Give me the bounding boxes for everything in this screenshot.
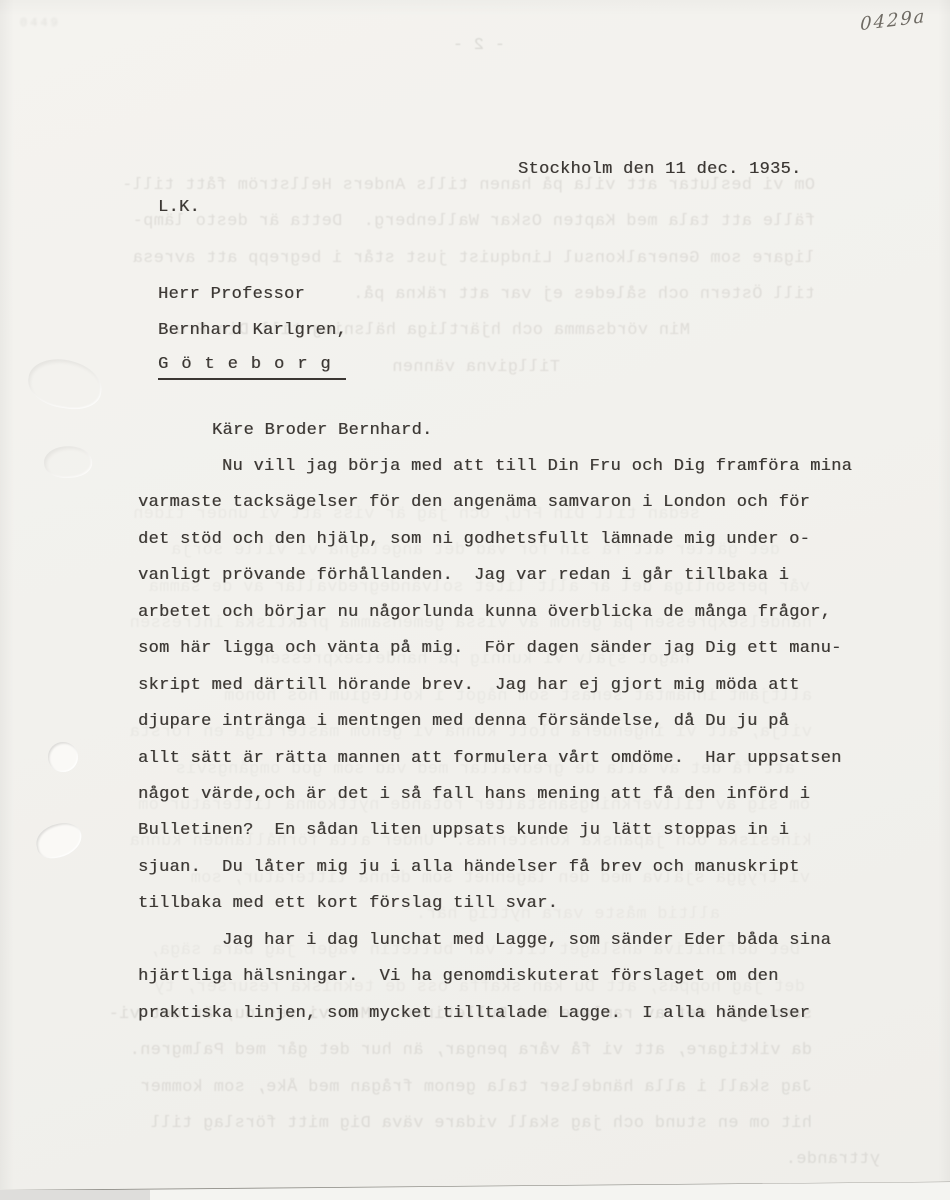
letter-line: det stöd och den hjälp, som ni godhetsfu… <box>138 522 852 558</box>
salutation: Käre Broder Bernhard. <box>212 421 433 440</box>
letter-line: Bulletinen? En sådan liten uppsats kunde… <box>138 813 852 849</box>
bleed-line: hit om en stund och jag skall vidare väv… <box>150 1114 812 1133</box>
bleed-line: Tillgivna vännen <box>392 358 560 377</box>
paper-sheet: - 2 - Om vi beslutar att vila på hanen t… <box>0 0 950 1200</box>
archive-number: 0429a <box>860 6 926 35</box>
letter-line: praktiska linjen, som mycket tilltalade … <box>138 996 852 1032</box>
bleed-line: Jag skall i alla händelser tala genom fr… <box>140 1078 812 1097</box>
letter-line: sjuan. Du låter mig ju i alla händelser … <box>138 850 852 886</box>
letter-line: tillbaka med ett kort förslag till svar. <box>138 886 852 922</box>
punch-hole <box>33 820 85 862</box>
recipient-city: Göteborg <box>158 355 346 380</box>
bleed-page-number: - 2 - <box>452 36 505 55</box>
letter-line: vanligt prövande förhållanden. Jag var r… <box>138 558 852 594</box>
sender-initials: L.K. <box>158 198 200 217</box>
letter-body: Nu vill jag börja med att till Din Fru o… <box>138 449 852 1032</box>
letter-line: varmaste tacksägelser för den angenäma s… <box>138 485 852 521</box>
recipient-title: Herr Professor <box>158 285 305 304</box>
bleed-line: till Östern och således ej var att räkna… <box>353 285 815 304</box>
letter-line: något värde,och är det i så fall hans me… <box>138 777 852 813</box>
letter-line: allt sätt är rätta mannen att formulera … <box>138 741 852 777</box>
recipient-name: Bernhard Karlgren, <box>158 321 347 340</box>
paper-crease <box>42 444 93 481</box>
letter-line: arbetet och börjar nu någorlunda kunna ö… <box>138 595 852 631</box>
bleed-line: yttrande. <box>785 1150 880 1169</box>
bleed-line: fälle att tala med Kapten Oskar Wallenbe… <box>132 212 815 231</box>
corner-mark: 0449 <box>20 16 61 30</box>
paper-crease <box>25 355 105 413</box>
letter-line: hjärtliga hälsningar. Vi ha genomdiskute… <box>138 959 852 995</box>
date-line: Stockholm den 11 dec. 1935. <box>518 160 802 179</box>
scan-background-strip <box>0 1190 150 1200</box>
letter-line: Jag har i dag lunchat med Lagge, som sän… <box>138 923 852 959</box>
recipient-city-underlined: Göteborg <box>158 355 346 380</box>
scanned-letter-page: { "page": { "archive_number": "0429a", "… <box>0 0 950 1200</box>
bleed-line: da viktigare, att vi få våra pengar, än … <box>129 1041 812 1060</box>
punch-hole <box>48 742 78 772</box>
letter-line: djupare intränga i mentngen med denna fö… <box>138 704 852 740</box>
letter-line: Nu vill jag börja med att till Din Fru o… <box>138 449 852 485</box>
letter-line: som här ligga och vänta på mig. För dage… <box>138 631 852 667</box>
bleed-line: ligare som Generalkonsul Lindquist just … <box>132 249 815 268</box>
letter-line: skript med därtill hörande brev. Jag har… <box>138 668 852 704</box>
